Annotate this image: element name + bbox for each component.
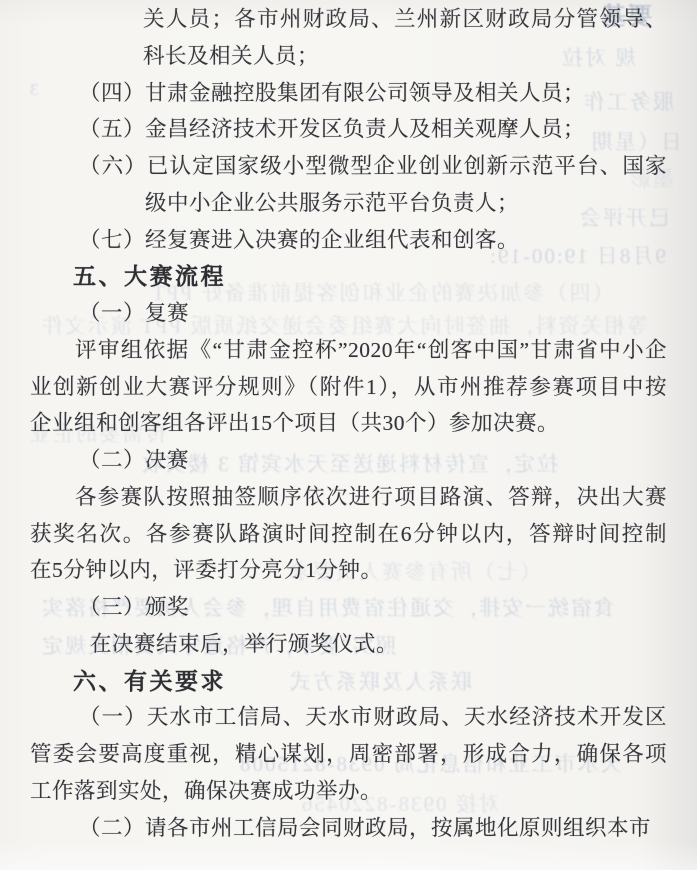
subsection-heading: （三）颁奖: [79, 589, 667, 626]
document-body: 关人员；各市州财政局、兰州新区财政局分管领导、 科长及相关人员； （四）甘肃金融…: [30, 1, 667, 846]
section-heading-6: 六、有关要求: [73, 663, 667, 700]
text-line: 管委会要高度重视，精心谋划，周密部署，形成合力，确保各项: [30, 736, 667, 773]
text-line: （二）请各市州工信局会同财政局，按属地化原则组织本市: [79, 810, 667, 847]
text-line: 级中小企业公共服务示范平台负责人；: [145, 185, 667, 222]
section-heading-5: 五、大赛流程: [73, 258, 667, 295]
text-line: （一）天水市工信局、天水市财政局、天水经济技术开发区: [79, 699, 667, 736]
subsection-heading: （一）复赛: [79, 295, 667, 332]
list-item-5: （五）金昌经济技术开发区负责人及相关观摩人员；: [79, 111, 667, 148]
text-line: 获奖名次。各参赛队路演时间控制在6分钟以内，答辩时间控制: [30, 516, 667, 553]
list-item-6: （六）已认定国家级小型微型企业创业创新示范平台、国家: [79, 148, 667, 185]
text-line: 企业组和创客组各评出15个项目（共30个）参加决赛。: [30, 405, 667, 442]
text-line: 在5分钟以内，评委打分亮分1分钟。: [30, 552, 667, 589]
text-line: 科长及相关人员；: [143, 38, 667, 75]
text-line: 在决赛结束后，举行颁奖仪式。: [90, 626, 667, 663]
list-item-4: （四）甘肃金融控股集团有限公司领导及相关人员；: [79, 75, 667, 112]
text-line: 工作落到实处，确保决赛成功举办。: [30, 773, 667, 810]
text-line: 评审组依据《“甘肃金控杯”2020年“创客中国”甘肃省中小企: [75, 332, 667, 369]
subsection-heading: （二）决赛: [79, 442, 667, 479]
text-line: 业创新创业大赛评分规则》（附件1），从市州推荐参赛项目中按: [30, 369, 667, 406]
text-line: 关人员；各市州财政局、兰州新区财政局分管领导、: [143, 1, 667, 38]
text-line: 各参赛队按照抽签顺序依次进行项目路演、答辩，决出大赛: [75, 479, 667, 516]
list-item-7: （七）经复赛进入决赛的企业组代表和创客。: [79, 222, 667, 259]
document-page: 要基 规 对拉 服务工作 日（星期 墨影 已开评会 9月8日 19:00-19:…: [0, 0, 697, 870]
